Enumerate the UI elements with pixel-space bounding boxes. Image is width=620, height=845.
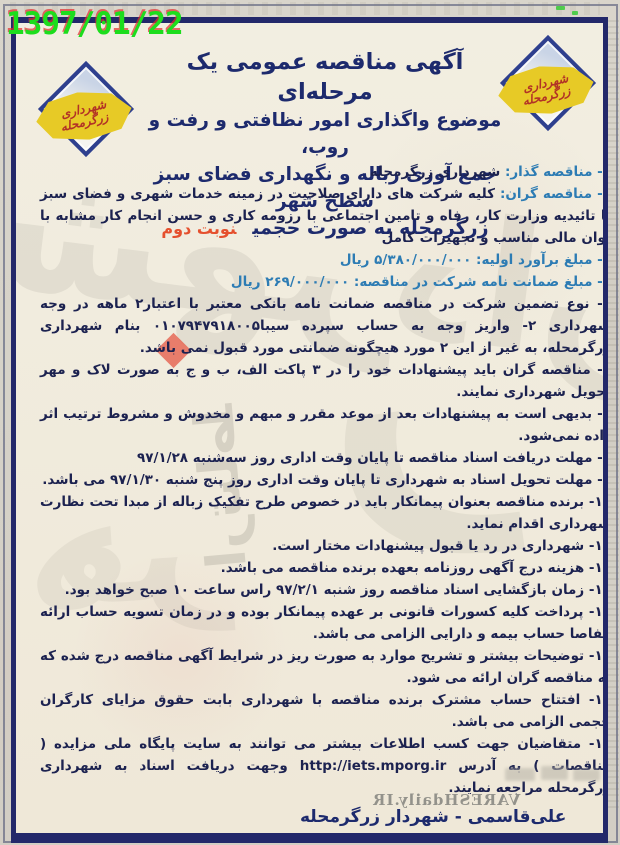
- mayor-signature: علی‌قاسمی - شهردار زرگرمحله: [40, 807, 608, 827]
- tender-item: ۹- مهلت تحویل اسناد به شهرداری تا پایان …: [40, 469, 608, 491]
- municipality-logo: شهرداری زرگرمحله: [492, 41, 600, 141]
- tender-ad-frame: شهرداری ر ارتباط هر شهرداری زرگرمحله شهر…: [11, 17, 608, 843]
- tender-item: ۸- مهلت دریافت اسناد مناقصه تا پایان وقت…: [40, 447, 608, 469]
- tender-item: ۱۵- توضیحات بیشتر و تشریح موارد به صورت …: [40, 645, 608, 689]
- tender-item: ۲- مناقصه گران: کلیه شرکت های دارای صلاح…: [40, 183, 608, 249]
- tender-item: ۱- مناقصه گذار: شهرداری زرگرمحله: [40, 161, 608, 183]
- bleedthrough-smudge: [505, 768, 535, 781]
- tender-item: ۱۷- متقاضیان جهت کسب اطلاعات بیشتر می تو…: [40, 733, 608, 799]
- ad-title: آگهی مناقصه عمومی یک مرحله‌ای: [144, 47, 506, 107]
- tender-item: ۱۰- برنده مناقصه بعنوان پیمانکار باید در…: [40, 491, 608, 535]
- date-stamp: 1397/01/22: [6, 6, 183, 42]
- municipality-logo: شهرداری زرگرمحله: [30, 67, 138, 167]
- tender-item: ۶- مناقصه گران باید پیشنهادات خود را در …: [40, 359, 608, 403]
- ad-subtitle-line1: موضوع واگذاری امور نظافتی و رفت و روب،: [144, 107, 506, 161]
- bleedthrough-masthead: VARESHdaily.IR: [372, 791, 520, 809]
- tender-item: ۱۲- هزینه درج آگهی روزنامه بعهده برنده م…: [40, 557, 608, 579]
- newspaper-scan: شهرداری ر ارتباط هر شهرداری زرگرمحله شهر…: [0, 0, 620, 845]
- tender-item: ۳- مبلغ برآورد اولیه: ۵/۳۸۰/۰۰۰/۰۰۰ ریال: [40, 249, 608, 271]
- tender-items: ۱- مناقصه گذار: شهرداری زرگرمحله۲- مناقص…: [40, 161, 608, 799]
- newsprint-noise-right: [608, 20, 619, 810]
- ad-body: ۱- مناقصه گذار: شهرداری زرگرمحله۲- مناقص…: [40, 161, 608, 827]
- tender-item: ٤- مبلغ ضمانت نامه شرکت در مناقصه: ۲۶۹/۰…: [40, 271, 608, 293]
- tender-item: ۱۴- پرداخت کلیه کسورات قانونی بر عهده پی…: [40, 601, 608, 645]
- bleedthrough-smudge: [573, 769, 600, 781]
- bleedthrough-smudge: [541, 766, 568, 780]
- tender-item: ۵- نوع تضمین شرکت در مناقصه ضمانت نامه ب…: [40, 293, 608, 359]
- green-speck: [572, 11, 578, 15]
- tender-item: ۷- بدیهی است به پیشنهادات بعد از موعد مق…: [40, 403, 608, 447]
- tender-item: ۱۳- زمان بازگشایی اسناد مناقصه روز شنبه …: [40, 579, 608, 601]
- green-speck: [556, 6, 565, 10]
- tender-item: ۱۶- افتتاح حساب مشترک برنده مناقصه با شه…: [40, 689, 608, 733]
- tender-item: ۱۱- شهرداری در رد یا قبول پیشنهادات مختا…: [40, 535, 608, 557]
